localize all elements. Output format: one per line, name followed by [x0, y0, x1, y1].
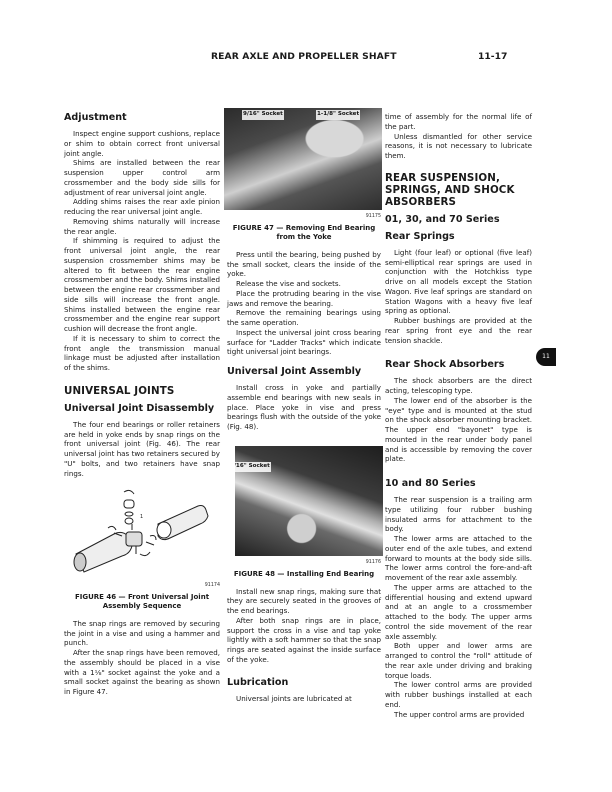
figure-46: 1 91174 FIGURE 46 — Front Universal Join…	[64, 478, 220, 611]
page-number: 11-17	[478, 51, 507, 62]
section-tab-marker: 11	[536, 348, 556, 366]
paragraph: The lower control arms are provided with…	[385, 680, 532, 709]
callout-9-16-socket: 9/16" Socket	[235, 462, 271, 472]
running-head: REAR AXLE AND PROPELLER SHAFT	[211, 51, 397, 62]
paragraph: Unless dismantled for other service reas…	[385, 132, 532, 161]
caption-line: Assembly Sequence	[64, 602, 220, 611]
figure-46-caption: FIGURE 46 — Front Universal Joint Assemb…	[64, 593, 220, 611]
paragraph: The four end bearings or roller retainer…	[64, 420, 220, 479]
paragraph: Release the vise and sockets.	[227, 279, 381, 289]
callout-9-16-socket: 9/16" Socket	[242, 110, 284, 120]
lubrication-heading: Lubrication	[227, 677, 381, 688]
paragraph: Place the protruding bearing in the vise…	[227, 289, 381, 309]
assembly-heading: Universal Joint Assembly	[227, 366, 381, 377]
rear-springs-heading: Rear Springs	[385, 231, 532, 242]
paragraph: Both upper and lower arms are arranged t…	[385, 641, 532, 680]
paragraph: Install cross in yoke and partially asse…	[227, 383, 381, 432]
rear-suspension-heading: REAR SUSPENSION, SPRINGS, AND SHOCK ABSO…	[385, 172, 532, 208]
figure-46-id: 91174	[64, 581, 220, 591]
paragraph: The lower arms are attached to the outer…	[385, 534, 532, 583]
page-header: REAR AXLE AND PROPELLER SHAFT 11-17	[0, 51, 612, 65]
paragraph: time of assembly for the normal life of …	[385, 112, 532, 132]
paragraph: After the snap rings have been removed, …	[64, 648, 220, 697]
paragraph: Rubber bushings are provided at the rear…	[385, 316, 532, 345]
figure-48-caption: FIGURE 48 — Installing End Bearing	[227, 570, 381, 579]
paragraph: The upper control arms are provided	[385, 710, 532, 720]
column-3: time of assembly for the normal life of …	[385, 112, 532, 719]
figure-47: 9/16" Socket 1-1/8" Socket 91175 FIGURE …	[227, 108, 381, 242]
paragraph: The snap rings are removed by securing t…	[64, 619, 220, 648]
paragraph: Universal joints are lubricated at	[227, 694, 381, 704]
paragraph: The lower end of the absorber is the "ey…	[385, 396, 532, 464]
column-1: Adjustment Inspect engine support cushio…	[64, 112, 220, 697]
figure-47-id: 91175	[227, 212, 381, 222]
paragraph: Install new snap rings, making sure that…	[227, 587, 381, 616]
universal-joint-exploded-drawing: 1	[66, 484, 216, 576]
universal-joints-heading: UNIVERSAL JOINTS	[64, 385, 220, 397]
column-2: 9/16" Socket 1-1/8" Socket 91175 FIGURE …	[227, 112, 381, 703]
callout-1-1-8-socket: 1-1/8" Socket	[316, 110, 360, 120]
paragraph: Light (four leaf) or optional (five leaf…	[385, 248, 532, 316]
paragraph: After both snap rings are in place, supp…	[227, 616, 381, 665]
caption-line: from the Yoke	[227, 233, 381, 242]
paragraph: The rear suspension is a trailing arm ty…	[385, 495, 532, 534]
paragraph: Removing shims naturally will increase t…	[64, 217, 220, 237]
paragraph: Shims are installed between the rear sus…	[64, 158, 220, 197]
rear-shock-absorbers-heading: Rear Shock Absorbers	[385, 359, 532, 370]
figure-48: 9/16" Socket 91176 FIGURE 48 — Installin…	[227, 446, 381, 579]
caption-line: FIGURE 46 — Front Universal Joint	[64, 593, 220, 602]
figure-48-photo: 9/16" Socket	[235, 446, 383, 556]
paragraph: The shock absorbers are the direct actin…	[385, 376, 532, 396]
series-10-80-heading: 10 and 80 Series	[385, 478, 532, 489]
paragraph: The upper arms are attached to the diffe…	[385, 583, 532, 642]
figure-47-photo: 9/16" Socket 1-1/8" Socket	[224, 108, 382, 210]
figure-48-id: 91176	[227, 558, 381, 568]
figure-47-caption: FIGURE 47 — Removing End Bearing from th…	[227, 224, 381, 242]
paragraph: Press until the bearing, being pushed by…	[227, 250, 381, 279]
paragraph: Remove the remaining bearings using the …	[227, 308, 381, 328]
figure-46-callout: 1	[140, 514, 143, 520]
paragraph: Inspect the universal joint cross bearin…	[227, 328, 381, 357]
series-01-30-70-heading: 01, 30, and 70 Series	[385, 214, 532, 225]
paragraph: Adding shims raises the rear axle pinion…	[64, 197, 220, 217]
paragraph: If shimming is required to adjust the fr…	[64, 236, 220, 334]
adjustment-heading: Adjustment	[64, 112, 220, 123]
caption-line: FIGURE 47 — Removing End Bearing	[227, 224, 381, 233]
disassembly-heading: Universal Joint Disassembly	[64, 403, 220, 414]
paragraph: Inspect engine support cushions, replace…	[64, 129, 220, 158]
paragraph: If it is necessary to shim to correct th…	[64, 334, 220, 373]
